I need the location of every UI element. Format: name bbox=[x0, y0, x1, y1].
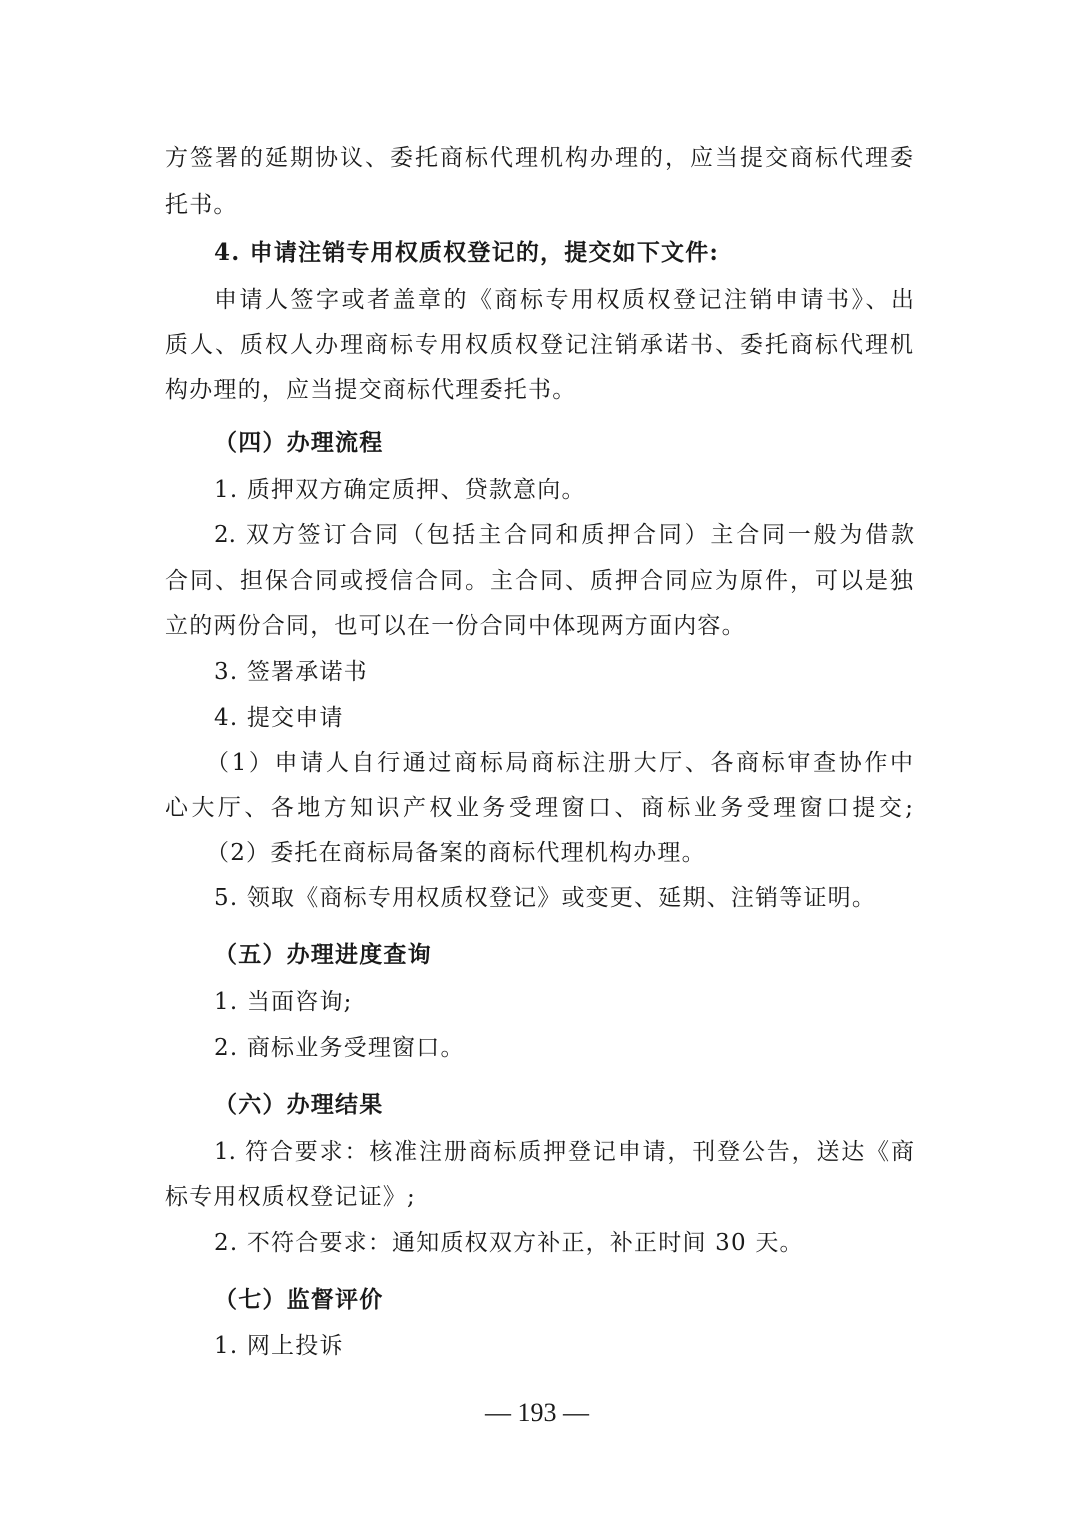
section-heading-process: （四）办理流程 bbox=[214, 428, 962, 458]
list-item-continued: 合同、担保合同或授信合同。主合同、质押合同应为原件，可以是独 bbox=[165, 566, 913, 596]
page-number: — 193 — bbox=[0, 1398, 1074, 1428]
list-item-continued: 立的两份合同，也可以在一份合同中体现两方面内容。 bbox=[165, 611, 913, 641]
list-item-continued: 标专用权质权登记证》; bbox=[165, 1182, 913, 1212]
sub-list-item: （2）委托在商标局备案的商标代理机构办理。 bbox=[206, 838, 906, 868]
list-item: 2. 商标业务受理窗口。 bbox=[214, 1033, 914, 1063]
document-page: 方签署的延期协议、委托商标代理机构办理的，应当提交商标代理委 托书。 4. 申请… bbox=[0, 0, 1074, 1520]
paragraph-line: 构办理的，应当提交商标代理委托书。 bbox=[165, 375, 913, 405]
paragraph-line: 申请人签字或者盖章的《商标专用权质权登记注销申请书》、出 bbox=[214, 285, 914, 315]
list-item: 1. 质押双方确定质押、贷款意向。 bbox=[214, 475, 914, 505]
list-item: 1. 符合要求：核准注册商标质押登记申请，刊登公告，送达《商 bbox=[214, 1137, 914, 1167]
paragraph-line: 托书。 bbox=[165, 190, 913, 220]
section-heading-results: （六）办理结果 bbox=[214, 1090, 962, 1120]
list-item: 4. 提交申请 bbox=[214, 703, 914, 733]
paragraph-line: 方签署的延期协议、委托商标代理机构办理的，应当提交商标代理委 bbox=[165, 143, 913, 173]
list-item: 1. 当面咨询; bbox=[214, 987, 914, 1017]
list-item: 2. 双方签订合同（包括主合同和质押合同）主合同一般为借款 bbox=[214, 520, 914, 550]
list-item: 5. 领取《商标专用权质权登记》或变更、延期、注销等证明。 bbox=[214, 883, 914, 913]
paragraph-line: 质人、质权人办理商标专用权质权登记注销承诺书、委托商标代理机 bbox=[165, 330, 913, 360]
sub-list-item: （1）申请人自行通过商标局商标注册大厅、各商标审查协作中 bbox=[206, 748, 913, 778]
list-item: 1. 网上投诉 bbox=[214, 1331, 914, 1361]
list-item: 3. 签署承诺书 bbox=[214, 657, 914, 687]
list-item: 2. 不符合要求：通知质权双方补正，补正时间 30 天。 bbox=[214, 1228, 914, 1258]
sub-list-item-continued: 心大厅、各地方知识产权业务受理窗口、商标业务受理窗口提交; bbox=[165, 793, 913, 823]
section-heading-progress-query: （五）办理进度查询 bbox=[214, 940, 962, 970]
section-heading-supervision: （七）监督评价 bbox=[214, 1285, 962, 1315]
item-heading: 4. 申请注销专用权质权登记的，提交如下文件: bbox=[214, 238, 914, 268]
